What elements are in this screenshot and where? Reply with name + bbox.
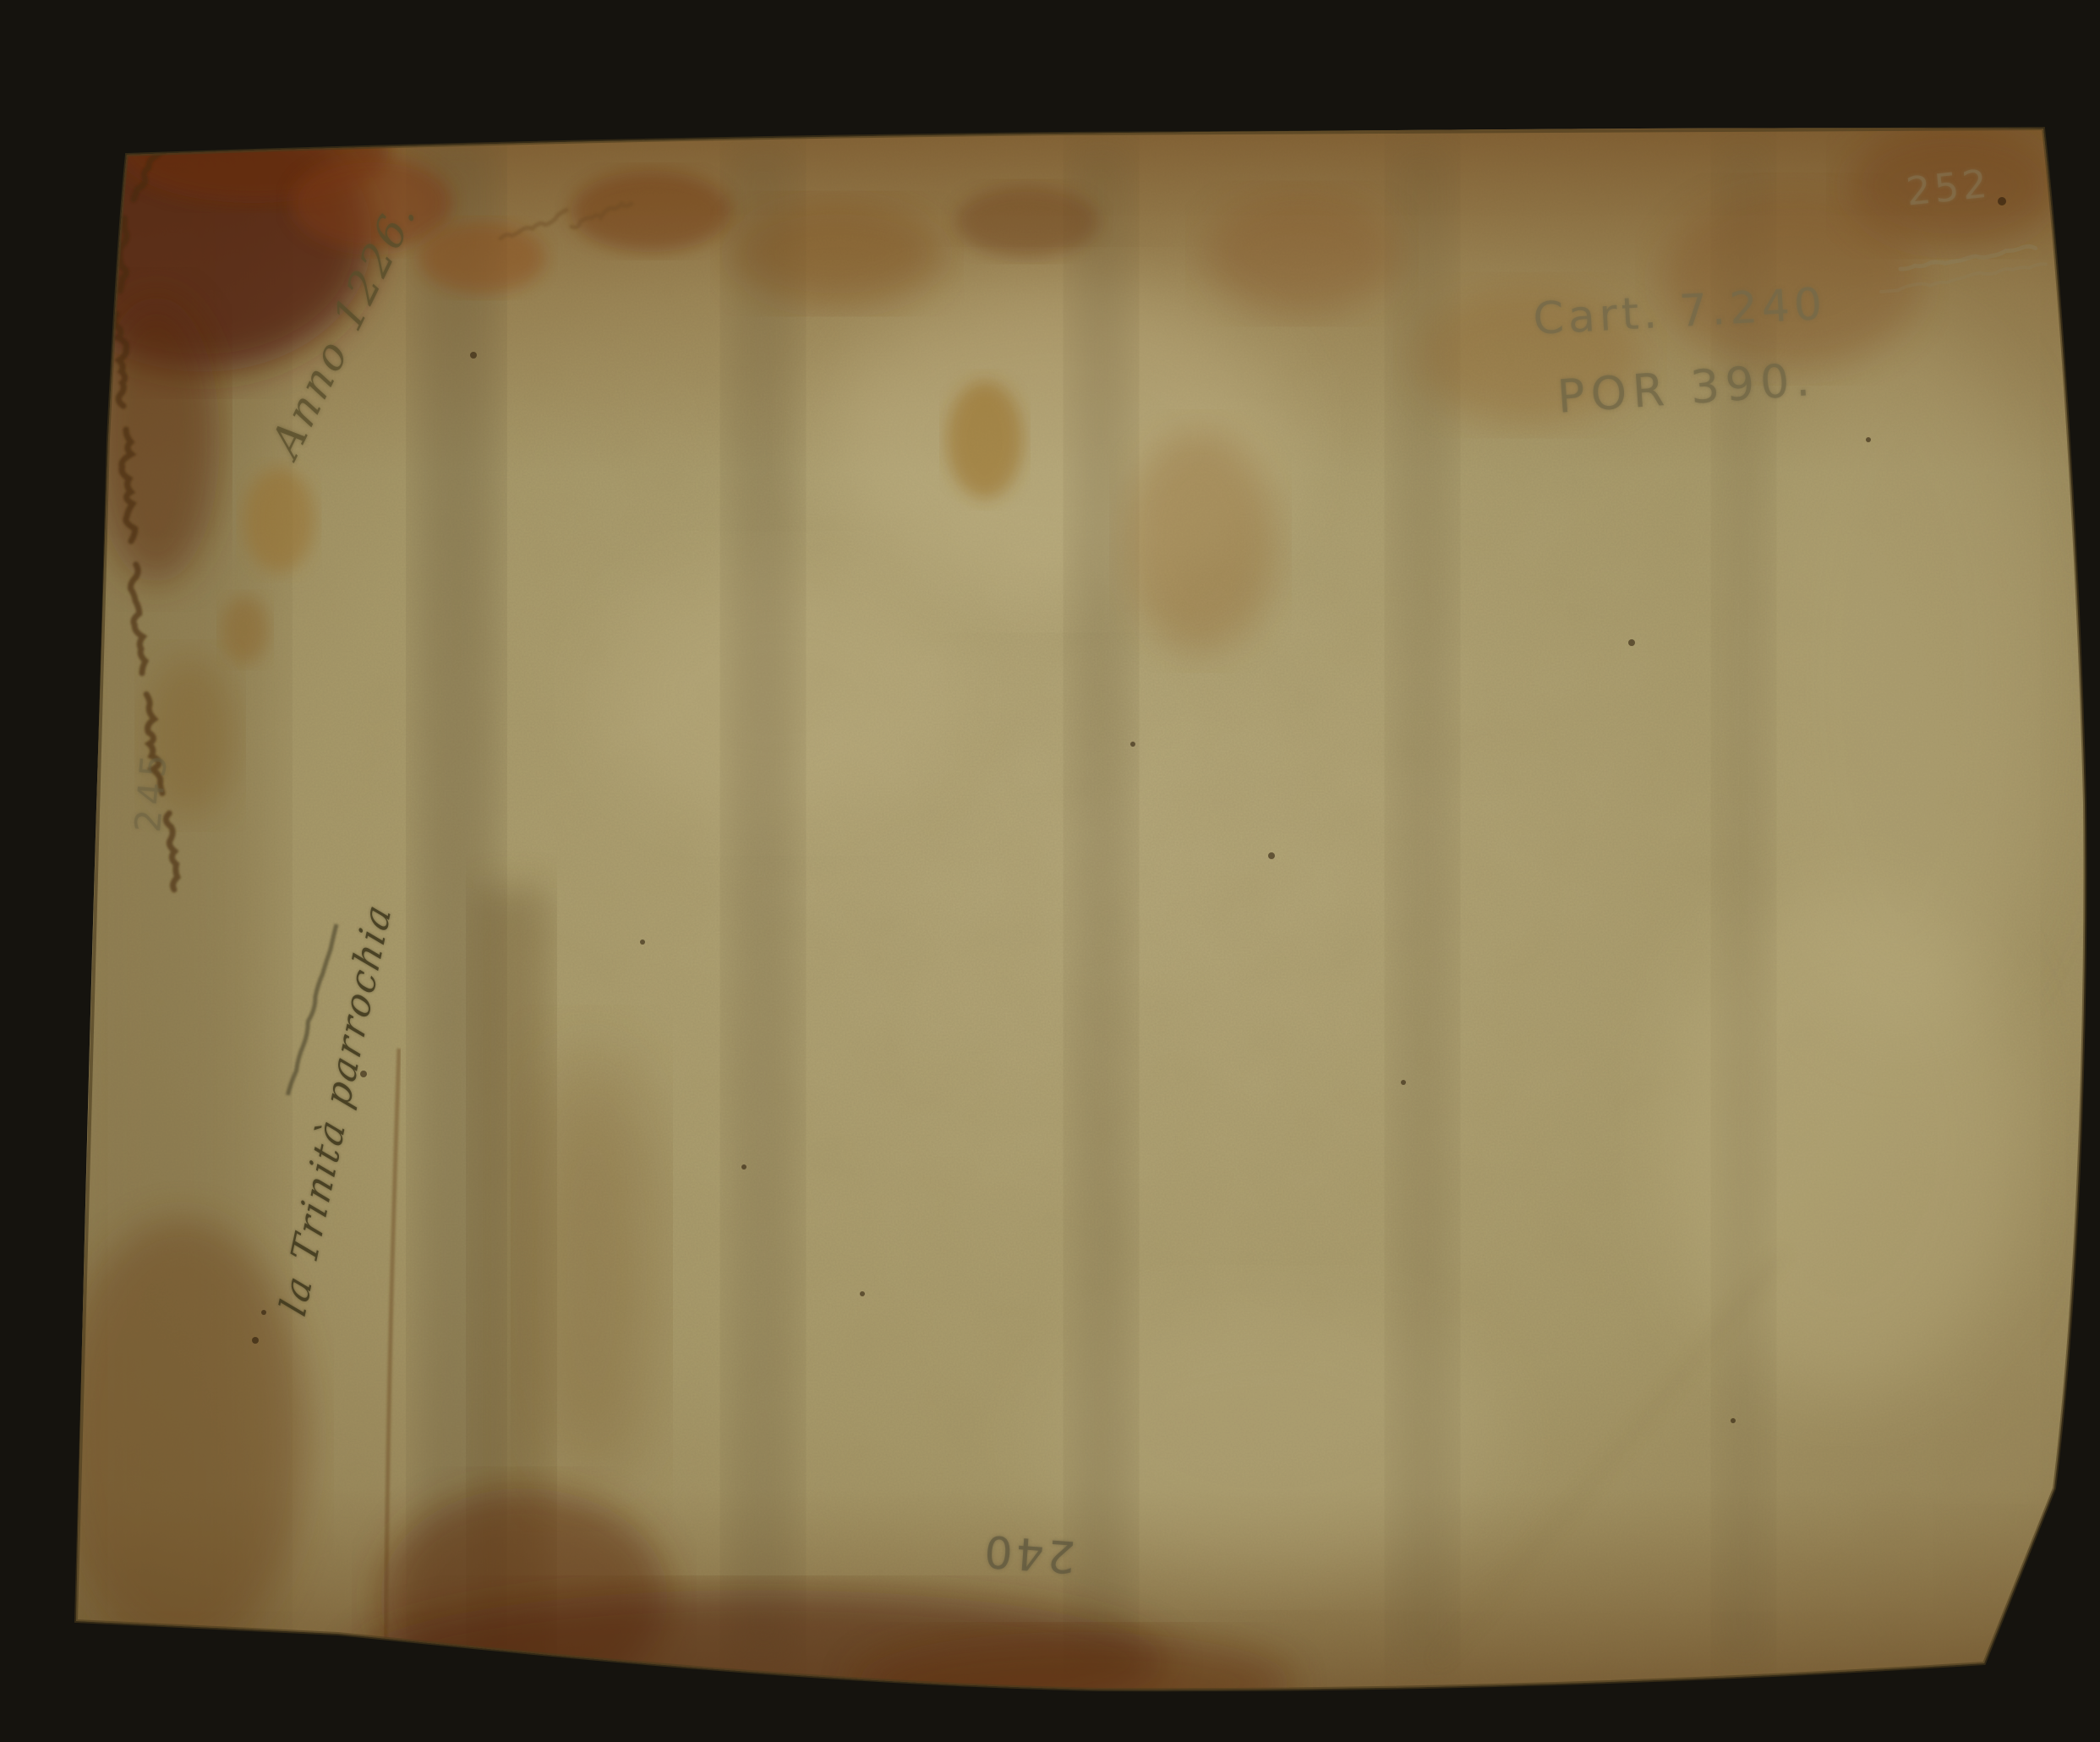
rust-stain [418, 222, 545, 293]
light-patch [1750, 321, 2054, 1032]
rust-stain [571, 171, 731, 252]
amber-stain [243, 468, 314, 572]
fold-shadow [727, 144, 799, 1666]
left-edge-number: 245 [127, 748, 175, 834]
rust-stain [731, 201, 943, 306]
rust-stain [1205, 193, 1399, 315]
fold-shadow [1069, 144, 1133, 1666]
corner-number: 252 [1904, 161, 1993, 215]
bottom-left-stain [55, 1218, 309, 1657]
parchment-image [0, 0, 2100, 1742]
amber-stain [221, 596, 269, 664]
bottom-stain [524, 1049, 659, 1488]
amber-stain [947, 381, 1023, 499]
bottom-number-upside-down: 240 [964, 1524, 1077, 1582]
rust-stain [955, 186, 1099, 257]
parchment-photograph: la Trinità parrochia Anno 1226. 245 Cart… [0, 0, 2100, 1742]
rust-stain [1124, 431, 1277, 651]
